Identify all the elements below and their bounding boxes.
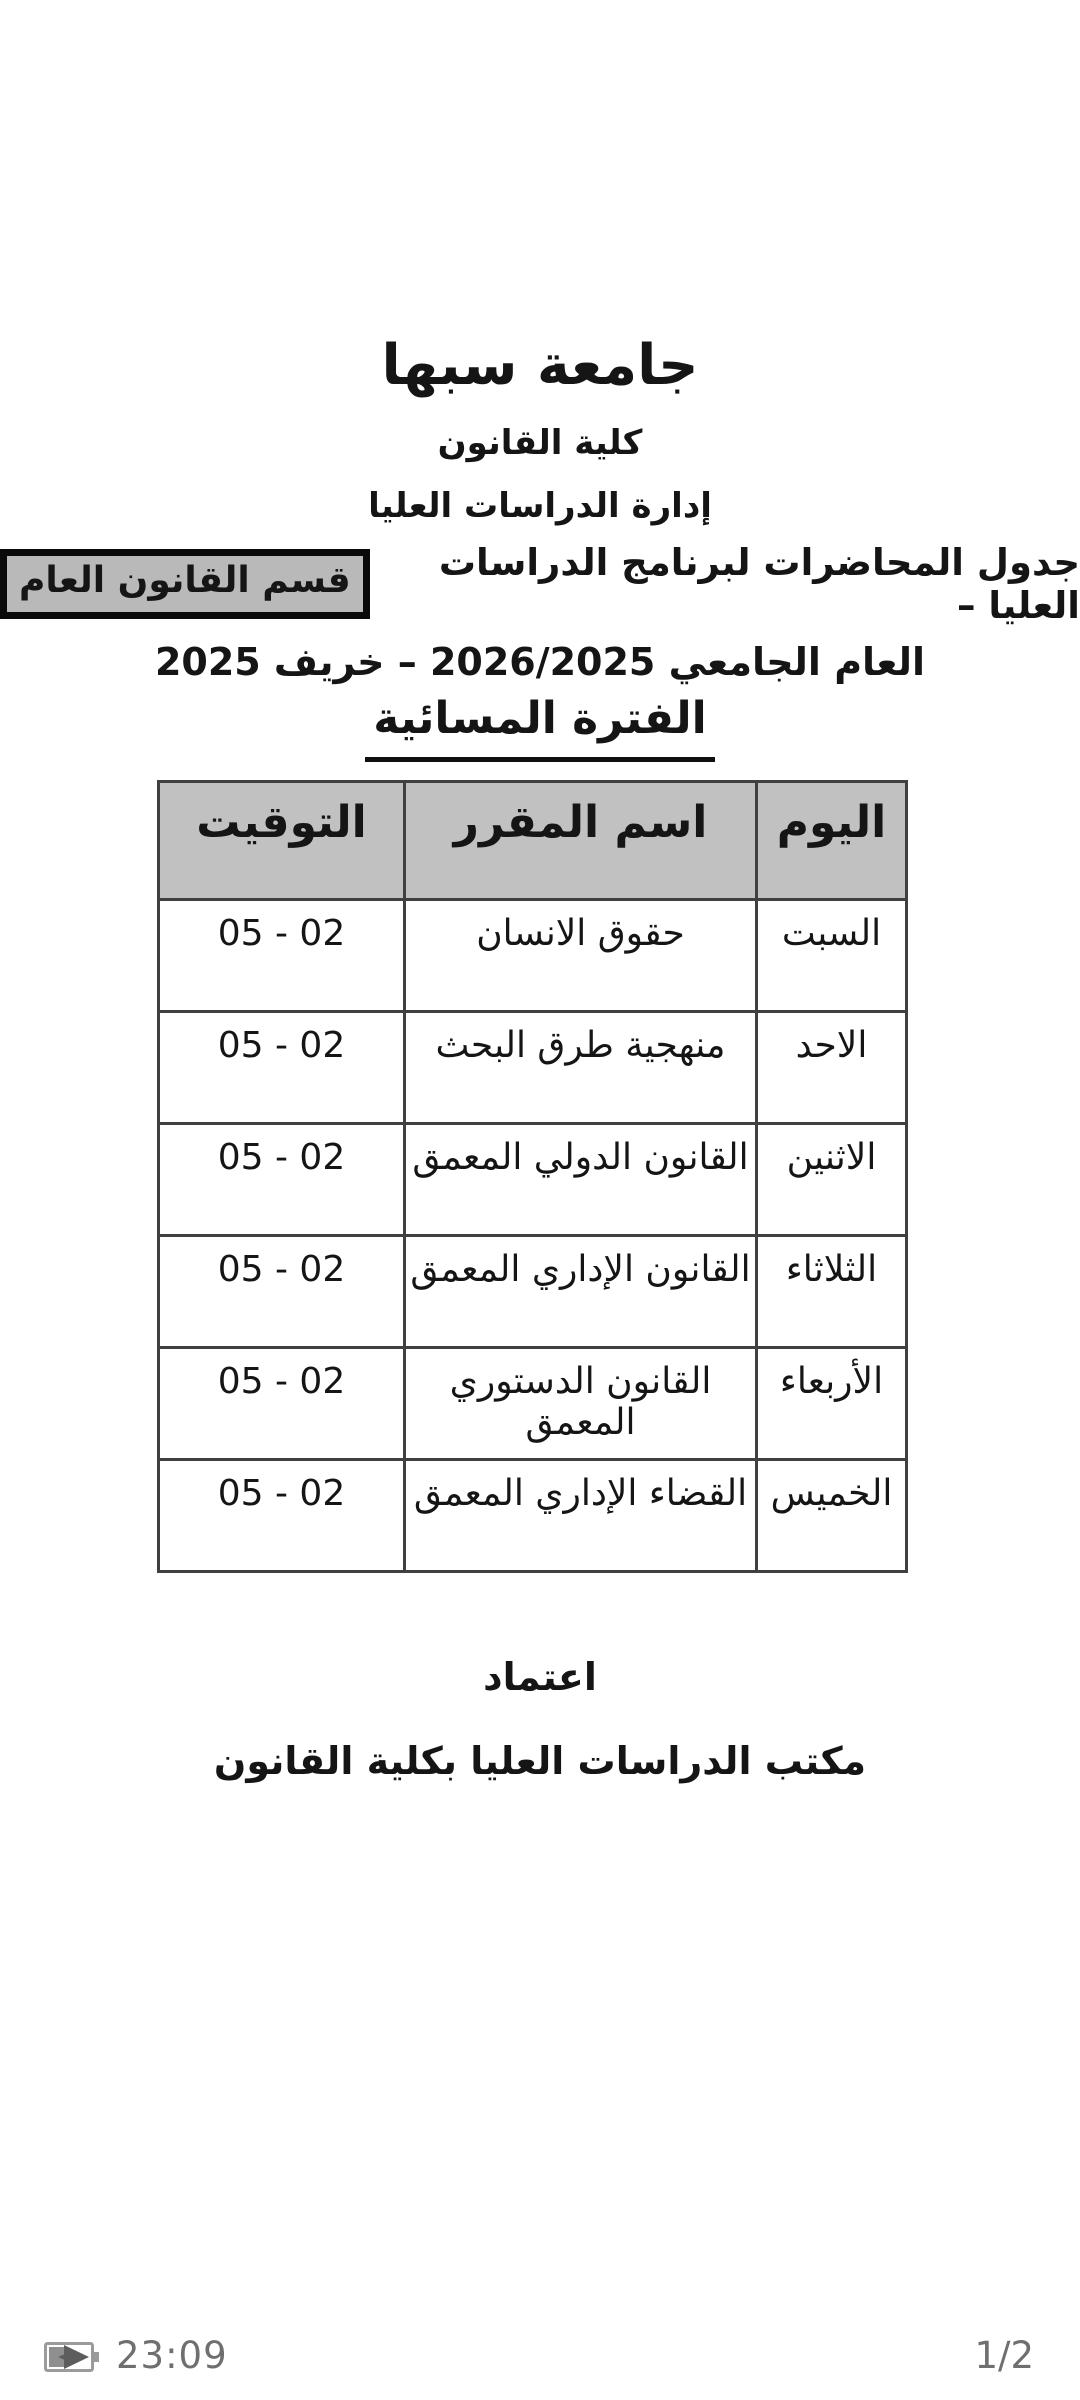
administration-subtitle: إدارة الدراسات العليا — [0, 487, 1080, 526]
lectures-table-container: اليوم اسم المقرر التوقيت السبت حقوق الان… — [157, 780, 905, 1573]
course-cell: القانون الدستوري المعمق — [405, 1348, 757, 1460]
battery-charging-icon — [44, 2342, 100, 2372]
pdf-viewer-screen[interactable]: جامعة سبها كلية القانون إدارة الدراسات ا… — [0, 0, 1080, 2400]
schedule-title-line: جدول المحاضرات لبرنامج الدراسات العليا –… — [0, 546, 1080, 622]
day-cell: الثلاثاء — [757, 1236, 907, 1348]
header-day: اليوم — [757, 782, 907, 900]
time-cell: 05 - 02 — [159, 1348, 405, 1460]
course-cell: القانون الدولي المعمق — [405, 1124, 757, 1236]
table-row: الثلاثاء القانون الإداري المعمق 05 - 02 — [159, 1236, 907, 1348]
approval-heading: اعتماد — [0, 1656, 1080, 1700]
header-time: التوقيت — [159, 782, 405, 900]
time-cell: 05 - 02 — [159, 900, 405, 1012]
time-cell: 05 - 02 — [159, 1012, 405, 1124]
department-box: قسم القانون العام — [0, 549, 370, 619]
day-cell: الأربعاء — [757, 1348, 907, 1460]
table-row: الاثنين القانون الدولي المعمق 05 - 02 — [159, 1124, 907, 1236]
schedule-title-text: جدول المحاضرات لبرنامج الدراسات العليا – — [384, 541, 1080, 627]
university-title: جامعة سبها — [0, 334, 1080, 398]
evening-period-heading: الفترة المسائية — [0, 694, 1080, 762]
academic-year-line: العام الجامعي 2026/2025 – خريف 2025 — [0, 641, 1080, 685]
course-cell: حقوق الانسان — [405, 900, 757, 1012]
approval-office-line: مكتب الدراسات العليا بكلية القانون — [0, 1740, 1080, 1784]
table-row: الاحد منهجية طرق البحث 05 - 02 — [159, 1012, 907, 1124]
table-row: الخميس القضاء الإداري المعمق 05 - 02 — [159, 1460, 907, 1572]
clock-time: 23:09 — [116, 2334, 228, 2377]
table-row: السبت حقوق الانسان 05 - 02 — [159, 900, 907, 1012]
time-cell: 05 - 02 — [159, 1460, 405, 1572]
day-cell: الاثنين — [757, 1124, 907, 1236]
header-course: اسم المقرر — [405, 782, 757, 900]
day-cell: الخميس — [757, 1460, 907, 1572]
faculty-subtitle: كلية القانون — [0, 424, 1080, 463]
time-cell: 05 - 02 — [159, 1236, 405, 1348]
time-cell: 05 - 02 — [159, 1124, 405, 1236]
course-cell: القانون الإداري المعمق — [405, 1236, 757, 1348]
course-cell: القضاء الإداري المعمق — [405, 1460, 757, 1572]
course-cell: منهجية طرق البحث — [405, 1012, 757, 1124]
table-row: الأربعاء القانون الدستوري المعمق 05 - 02 — [159, 1348, 907, 1460]
table-header-row: اليوم اسم المقرر التوقيت — [159, 782, 907, 900]
page-indicator: 1/2 — [974, 2334, 1034, 2377]
day-cell: السبت — [757, 900, 907, 1012]
day-cell: الاحد — [757, 1012, 907, 1124]
lectures-table: اليوم اسم المقرر التوقيت السبت حقوق الان… — [157, 780, 908, 1573]
